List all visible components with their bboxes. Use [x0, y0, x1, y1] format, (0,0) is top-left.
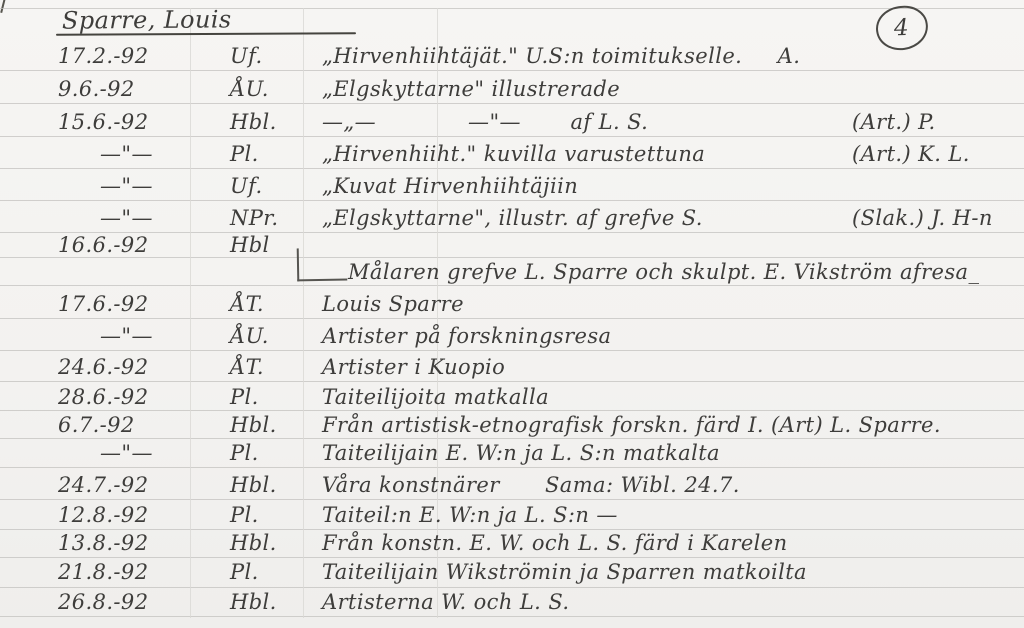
date-cell: 24.7.-92: [58, 475, 218, 496]
ruled-line: [0, 438, 1024, 439]
source-abbrev-cell: Pl.: [230, 562, 320, 583]
source-abbrev-cell: Hbl.: [230, 475, 320, 496]
date-cell: 16.6.-92: [58, 235, 218, 256]
date-cell: 9.6.-92: [58, 79, 218, 100]
entry-text: Taiteilijain E. W:n ja L. S:n matkalta: [322, 443, 720, 464]
margin-note: (Art.) K. L.: [852, 144, 970, 165]
date-cell: 24.6.-92: [58, 357, 218, 378]
entry-text: Artister i Kuopio: [322, 357, 505, 378]
entry-text: „Elgskyttarne", illustr. af grefve S.: [322, 208, 703, 229]
ruled-line: [0, 285, 1024, 286]
ruled-line: [0, 587, 1024, 588]
date-cell: 26.8.-92: [58, 592, 218, 613]
ruled-line: [0, 103, 1024, 104]
entry-text: Målaren grefve L. Sparre och skulpt. E. …: [348, 262, 979, 283]
margin-note: (Slak.) J. H-n: [852, 208, 993, 229]
ledger-card: Sparre, Louis 4 17.2.-92 Uf. „Hirvenhiih…: [0, 0, 1024, 628]
ruled-line: [0, 557, 1024, 558]
date-cell: 17.2.-92: [58, 46, 218, 67]
entry-text: „Hirvenhiiht." kuvilla varustettuna: [322, 144, 705, 165]
ruled-line: [0, 70, 1024, 71]
ruled-line: [0, 318, 1024, 319]
source-abbrev-cell: Pl.: [230, 144, 320, 165]
title-underline: [56, 32, 356, 36]
ruled-line: [0, 499, 1024, 500]
date-cell: 12.8.-92: [58, 505, 218, 526]
source-abbrev-cell: Pl.: [230, 387, 320, 408]
entry-text: Från konstn. E. W. och L. S. färd i Kare…: [322, 533, 788, 554]
margin-note: (Art.) P.: [852, 112, 936, 133]
ruled-line: [0, 467, 1024, 468]
ruled-line: [0, 410, 1024, 411]
ruled-line: [0, 136, 1024, 137]
entry-text: „Hirvenhiihtäjät." U.S:n toimitukselle. …: [322, 46, 800, 67]
cross-reference-note: Sama: Wibl. 24.7.: [545, 475, 740, 496]
source-abbrev-cell: ÅT.: [230, 357, 320, 378]
source-abbrev-cell: ÅU.: [230, 79, 320, 100]
entry-text: „Elgskyttarne" illustrerade: [322, 79, 620, 100]
entry-text: Artisterna W. och L. S.: [322, 592, 569, 613]
page-number: 4: [894, 16, 910, 40]
ruled-line: [0, 350, 1024, 351]
source-abbrev-cell: Uf.: [230, 46, 320, 67]
ruled-line: [0, 232, 1024, 233]
source-abbrev-cell: Hbl.: [230, 533, 320, 554]
entry-text: Artister på forskningsresa: [322, 326, 611, 347]
date-cell: 17.6.-92: [58, 294, 218, 315]
entry-text: „Kuvat Hirvenhiihtäjiin: [322, 176, 578, 197]
source-abbrev-cell: NPr.: [230, 208, 320, 229]
entry-text: Louis Sparre: [322, 294, 464, 315]
date-cell: 13.8.-92: [58, 533, 218, 554]
ruled-line: [0, 200, 1024, 201]
entry-text: Från artistisk-etnografisk forskn. färd …: [322, 415, 941, 436]
source-abbrev-cell: Hbl.: [230, 415, 320, 436]
ruled-line: [0, 257, 1024, 258]
source-abbrev-cell: ÅU.: [230, 326, 320, 347]
ruled-line: [0, 616, 1024, 617]
source-abbrev-cell: Uf.: [230, 176, 320, 197]
date-cell: 15.6.-92: [58, 112, 218, 133]
date-cell: 28.6.-92: [58, 387, 218, 408]
entry-text: Våra konstnärer: [322, 475, 500, 496]
source-abbrev-cell: Hbl: [230, 235, 320, 256]
source-abbrev-cell: Hbl.: [230, 592, 320, 613]
source-abbrev-cell: Pl.: [230, 443, 320, 464]
date-cell: 6.7.-92: [58, 415, 218, 436]
page-number-badge: 4: [873, 3, 931, 54]
page-title: Sparre, Louis: [62, 7, 232, 32]
entry-text: Taiteilijoita matkalla: [322, 387, 549, 408]
entry-text: Taiteil:n E. W:n ja L. S:n —: [322, 505, 618, 526]
date-cell: 21.8.-92: [58, 562, 218, 583]
source-abbrev-cell: ÅT.: [230, 294, 320, 315]
ruled-line: [0, 168, 1024, 169]
ruled-line: [0, 529, 1024, 530]
source-abbrev-cell: Hbl.: [230, 112, 320, 133]
source-abbrev-cell: Pl.: [230, 505, 320, 526]
ruled-line: [0, 381, 1024, 382]
entry-text: Taiteilijain Wikströmin ja Sparren matko…: [322, 562, 807, 583]
entry-text: —„— —"— af L. S.: [322, 112, 648, 133]
